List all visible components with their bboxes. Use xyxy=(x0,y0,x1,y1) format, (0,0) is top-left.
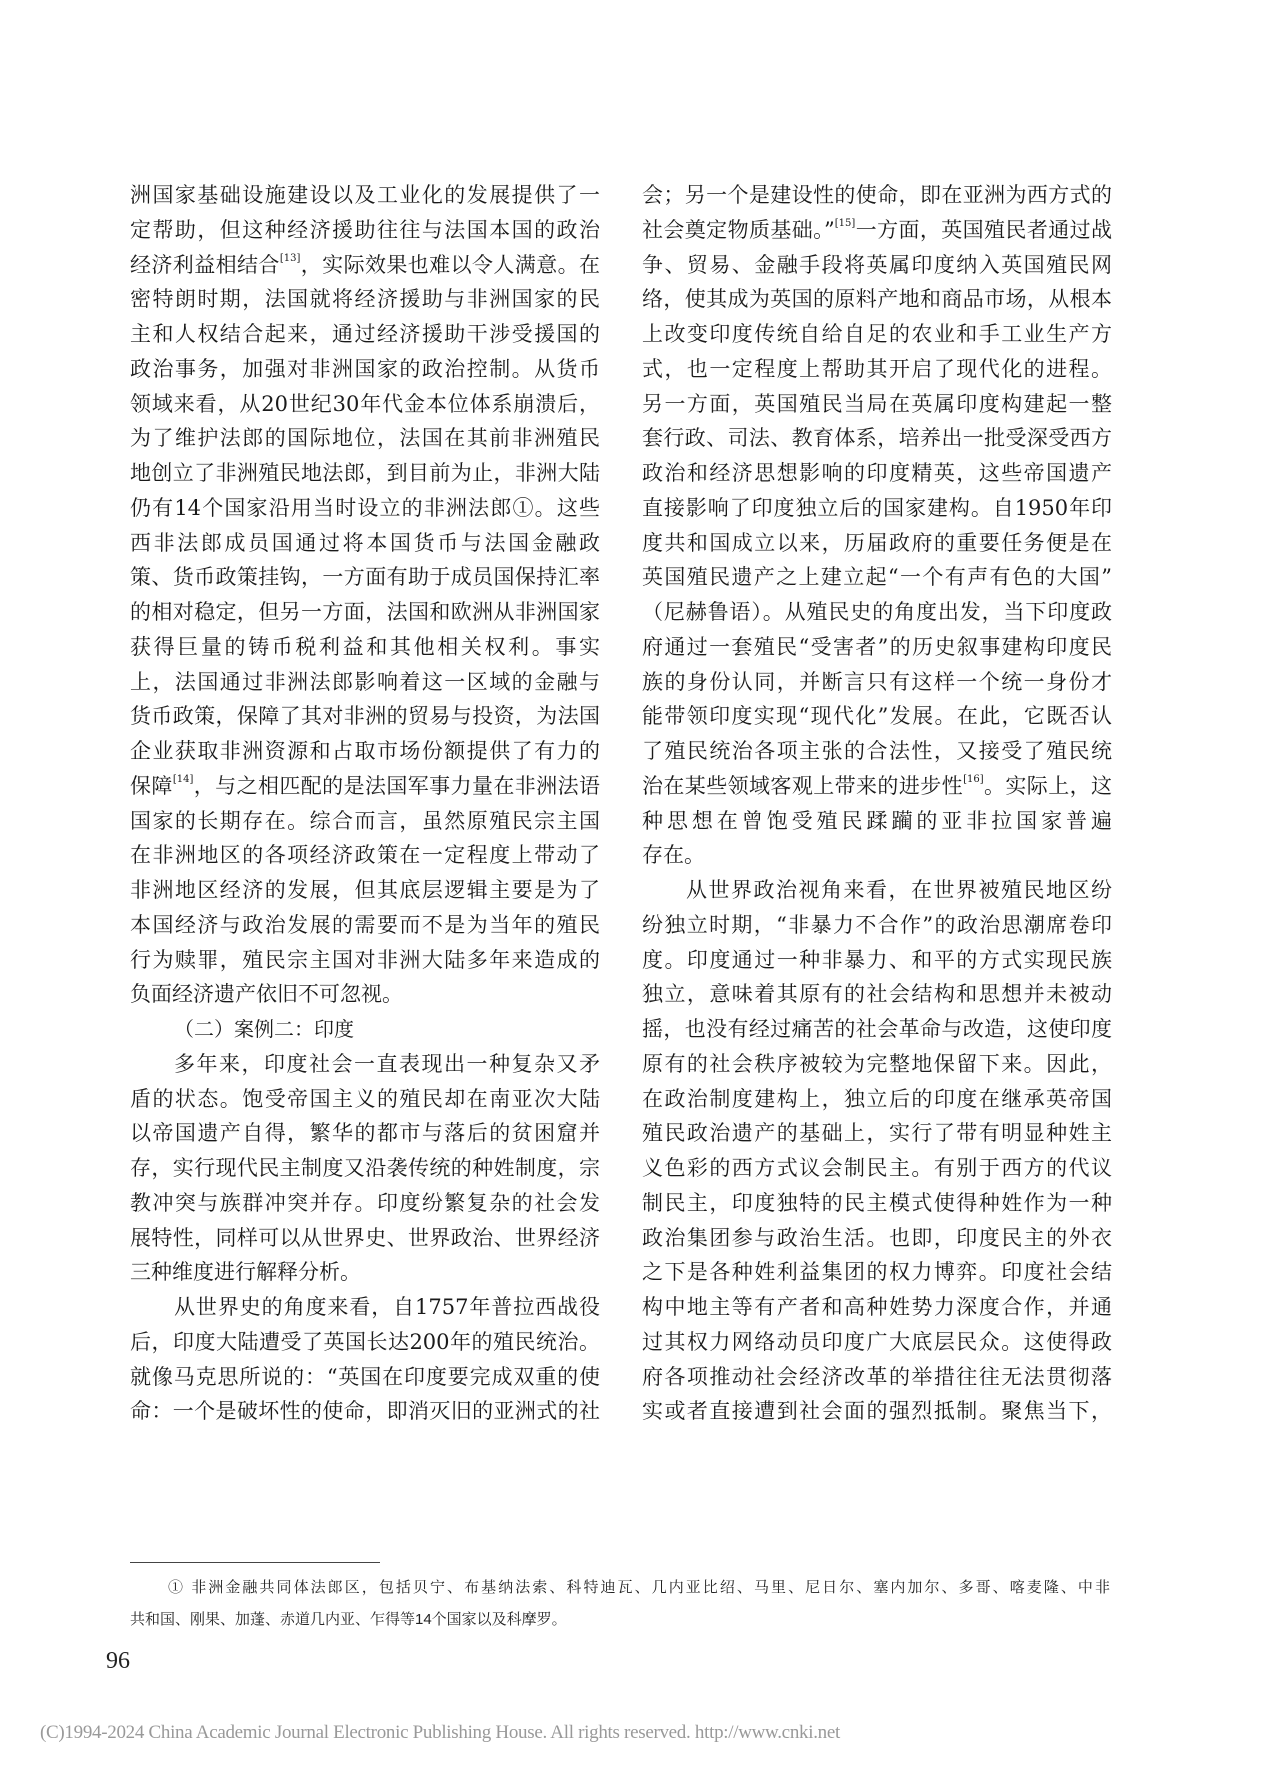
text-line: 企业获取非洲资源和占取市场份额提供了有力的 xyxy=(130,734,600,769)
citation-marker: [16] xyxy=(963,774,984,785)
text-line: 行为赎罪，殖民宗主国对非洲大陆多年来造成的 xyxy=(130,943,600,978)
text-line: 种思想在曾饱受殖民蹂躏的亚非拉国家普遍 xyxy=(642,804,1112,839)
text-line: 地创立了非洲殖民地法郎，到目前为止，非洲大陆 xyxy=(130,456,600,491)
text-line: 族的身份认同，并断言只有这样一个统一身份才 xyxy=(642,665,1112,700)
text-line: 存在。 xyxy=(642,838,1112,873)
text-line: 另一方面，英国殖民当局在英属印度构建起一整 xyxy=(642,387,1112,422)
text-line: 能带领印度实现“现代化”发展。在此，它既否认 xyxy=(642,699,1112,734)
text-line: 政治集团参与政治生活。也即，印度民主的外衣 xyxy=(642,1221,1112,1256)
text-line: 命：一个是破坏性的使命，即消灭旧的亚洲式的社 xyxy=(130,1394,600,1429)
text-line: 后，印度大陆遭受了英国长达200年的殖民统治。 xyxy=(130,1325,600,1360)
footnote: ① 非洲金融共同体法郎区，包括贝宁、布基纳法索、科特迪瓦、几内亚比绍、马里、尼日… xyxy=(130,1572,1110,1636)
text-line: 会；另一个是建设性的使命，即在亚洲为西方式的 xyxy=(642,178,1112,213)
text-line: 三种维度进行解释分析。 xyxy=(130,1255,600,1290)
text-line: 非洲地区经济的发展，但其底层逻辑主要是为了 xyxy=(130,873,600,908)
text-line: 主和人权结合起来，通过经济援助干涉受援国的 xyxy=(130,317,600,352)
left-column: 洲国家基础设施建设以及工业化的发展提供了一定帮助，但这种经济援助往往与法国本国的… xyxy=(130,178,600,1429)
text-line: 纷独立时期，“非暴力不合作”的政治思潮席卷印 xyxy=(642,908,1112,943)
text-line: 展特性，同样可以从世界史、世界政治、世界经济 xyxy=(130,1221,600,1256)
citation-marker: [15] xyxy=(835,218,856,229)
text-line: 教冲突与族群冲突并存。印度纷繁复杂的社会发 xyxy=(130,1186,600,1221)
text-line: 府通过一套殖民“受害者”的历史叙事建构印度民 xyxy=(642,630,1112,665)
text-line: 的相对稳定，但另一方面，法国和欧洲从非洲国家 xyxy=(130,595,600,630)
text-line: 过其权力网络动员印度广大底层民众。这使得政 xyxy=(642,1325,1112,1360)
text-line: 领域来看，从20世纪30年代金本位体系崩溃后， xyxy=(130,387,600,422)
text-line: 就像马克思所说的：“英国在印度要完成双重的使 xyxy=(130,1360,600,1395)
text-line: 度。印度通过一种非暴力、和平的方式实现民族 xyxy=(642,943,1112,978)
footnote-line: 共和国、刚果、加蓬、赤道几内亚、乍得等14个国家以及科摩罗。 xyxy=(130,1604,1110,1636)
text-line: 在政治制度建构上，独立后的印度在继承英帝国 xyxy=(642,1082,1112,1117)
text-line: 络，使其成为英国的原料产地和商品市场，从根本 xyxy=(642,282,1112,317)
footnote-divider xyxy=(130,1562,380,1563)
page-number: 96 xyxy=(106,1648,130,1675)
copyright-notice: (C)1994-2024 China Academic Journal Elec… xyxy=(40,1722,840,1744)
text-line: 从世界政治视角来看，在世界被殖民地区纷 xyxy=(642,873,1112,908)
text-line: 社会奠定物质基础。”[15]一方面，英国殖民者通过战 xyxy=(642,213,1112,248)
citation-marker: [13] xyxy=(280,253,301,264)
text-line: 获得巨量的铸币税利益和其他相关权利。事实 xyxy=(130,630,600,665)
text-line: 了殖民统治各项主张的合法性，又接受了殖民统 xyxy=(642,734,1112,769)
text-line: 从世界史的角度来看，自1757年普拉西战役 xyxy=(130,1290,600,1325)
text-line: 为了维护法郎的国际地位，法国在其前非洲殖民 xyxy=(130,421,600,456)
text-line: （尼赫鲁语）。从殖民史的角度出发，当下印度政 xyxy=(642,595,1112,630)
text-line: 上，法国通过非洲法郎影响着这一区域的金融与 xyxy=(130,665,600,700)
text-line: 争、贸易、金融手段将英属印度纳入英国殖民网 xyxy=(642,248,1112,283)
text-line: 定帮助，但这种经济援助往往与法国本国的政治 xyxy=(130,213,600,248)
citation-marker: [14] xyxy=(173,774,194,785)
text-line: 套行政、司法、教育体系，培养出一批受深受西方 xyxy=(642,421,1112,456)
text-line: 独立，意味着其原有的社会结构和思想并未被动 xyxy=(642,977,1112,1012)
text-line: 政治和经济思想影响的印度精英，这些帝国遗产 xyxy=(642,456,1112,491)
text-line: 货币政策，保障了其对非洲的贸易与投资，为法国 xyxy=(130,699,600,734)
right-column: 会；另一个是建设性的使命，即在亚洲为西方式的社会奠定物质基础。”[15]一方面，… xyxy=(642,178,1112,1429)
text-line: 义色彩的西方式议会制民主。有别于西方的代议 xyxy=(642,1151,1112,1186)
text-line: 殖民政治遗产的基础上，实行了带有明显种姓主 xyxy=(642,1116,1112,1151)
footnote-line: ① 非洲金融共同体法郎区，包括贝宁、布基纳法索、科特迪瓦、几内亚比绍、马里、尼日… xyxy=(130,1572,1110,1604)
text-line: 摇，也没有经过痛苦的社会革命与改造，这使印度 xyxy=(642,1012,1112,1047)
text-line: 实或者直接遭到社会面的强烈抵制。聚焦当下， xyxy=(642,1394,1112,1429)
text-line: 多年来，印度社会一直表现出一种复杂又矛 xyxy=(130,1047,600,1082)
text-line: 洲国家基础设施建设以及工业化的发展提供了一 xyxy=(130,178,600,213)
text-line: 治在某些领域客观上带来的进步性[16]。实际上，这 xyxy=(642,769,1112,804)
text-line: （二）案例二：印度 xyxy=(130,1012,600,1047)
text-line: 原有的社会秩序被较为完整地保留下来。因此， xyxy=(642,1047,1112,1082)
text-line: 仍有14个国家沿用当时设立的非洲法郎①。这些 xyxy=(130,491,600,526)
text-line: 之下是各种姓利益集团的权力博弈。印度社会结 xyxy=(642,1255,1112,1290)
text-line: 制民主，印度独特的民主模式使得种姓作为一种 xyxy=(642,1186,1112,1221)
text-line: 府各项推动社会经济改革的举措往往无法贯彻落 xyxy=(642,1360,1112,1395)
text-line: 西非法郎成员国通过将本国货币与法国金融政 xyxy=(130,526,600,561)
text-line: 负面经济遗产依旧不可忽视。 xyxy=(130,977,600,1012)
text-line: 构中地主等有产者和高种姓势力深度合作，并通 xyxy=(642,1290,1112,1325)
text-line: 策、货币政策挂钩，一方面有助于成员国保持汇率 xyxy=(130,560,600,595)
text-line: 英国殖民遗产之上建立起“一个有声有色的大国” xyxy=(642,560,1112,595)
text-line: 国家的长期存在。综合而言，虽然原殖民宗主国 xyxy=(130,804,600,839)
text-line: 盾的状态。饱受帝国主义的殖民却在南亚次大陆 xyxy=(130,1082,600,1117)
text-line: 密特朗时期，法国就将经济援助与非洲国家的民 xyxy=(130,282,600,317)
text-line: 经济利益相结合[13]，实际效果也难以令人满意。在 xyxy=(130,248,600,283)
text-line: 本国经济与政治发展的需要而不是为当年的殖民 xyxy=(130,908,600,943)
text-line: 保障[14]，与之相匹配的是法国军事力量在非洲法语 xyxy=(130,769,600,804)
text-line: 以帝国遗产自得，繁华的都市与落后的贫困窟并 xyxy=(130,1116,600,1151)
text-line: 存，实行现代民主制度又沿袭传统的种姓制度，宗 xyxy=(130,1151,600,1186)
text-line: 在非洲地区的各项经济政策在一定程度上带动了 xyxy=(130,838,600,873)
text-line: 直接影响了印度独立后的国家建构。自1950年印 xyxy=(642,491,1112,526)
text-line: 度共和国成立以来，历届政府的重要任务便是在 xyxy=(642,526,1112,561)
text-line: 上改变印度传统自给自足的农业和手工业生产方 xyxy=(642,317,1112,352)
text-line: 政治事务，加强对非洲国家的政治控制。从货币 xyxy=(130,352,600,387)
text-line: 式，也一定程度上帮助其开启了现代化的进程。 xyxy=(642,352,1112,387)
